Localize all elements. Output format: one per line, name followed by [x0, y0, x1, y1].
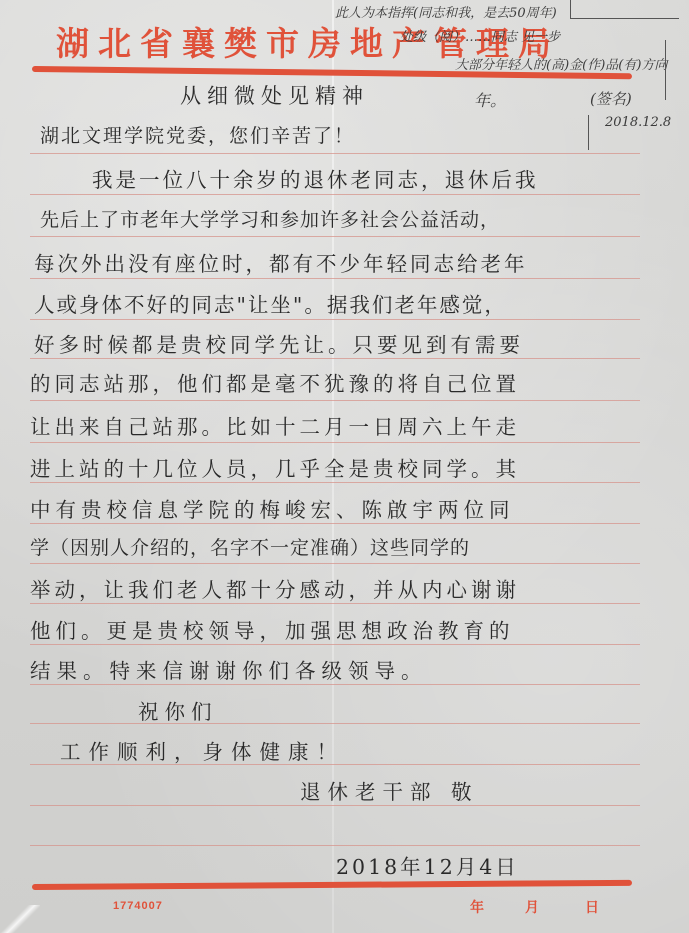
ruled-line — [30, 684, 640, 685]
ruled-line — [30, 358, 640, 359]
serial-number: 1774007 — [113, 900, 163, 912]
letter-body-line: 我是一位八十余岁的退休老同志，退休后我 — [92, 163, 539, 193]
margin-annotation-line-2: 处级（阅）……同志 见一步 — [400, 26, 560, 45]
annotation-boxed-note — [570, 0, 679, 19]
letter-salutation: 湖北文理学院党委，您们辛苦了！ — [40, 121, 355, 148]
letter-closing-line: 工作顺利，身体健康！ — [60, 735, 345, 765]
letter-body-line: 举动，让我们老人都十分感动，并从内心谢谢 — [30, 573, 520, 603]
ruled-line — [30, 236, 640, 237]
ruled-line — [30, 523, 640, 524]
letter-body-line: 中有贵校信息学院的梅峻宏、陈啟宇两位同 — [30, 493, 515, 523]
margin-annotation-line-3: 大部分年轻人的(高)金(作)品(有)方向 — [455, 54, 667, 73]
ruled-line — [30, 723, 640, 724]
letter-body-line: 先后上了市老年大学学习和参加许多社会公益活动， — [40, 205, 500, 232]
letter-body-line: 的同志站那，他们都是毫不犹豫的将自己位置 — [30, 367, 520, 397]
letter-body-line: 进上站的十几位人员，几乎全是贵校同学。其 — [30, 452, 520, 482]
light-glare — [0, 905, 40, 933]
ruled-line — [30, 153, 640, 154]
margin-annotation-stroke — [665, 40, 666, 100]
letter-closing-wish: 祝你们 — [138, 695, 218, 725]
printed-year-label: 年 — [470, 897, 484, 917]
letter-body-line: 结果。特来信谢谢你们各级领导。 — [30, 654, 428, 684]
margin-annotation-line-1: 此人为本指挥(同志和我，是去50周年) — [335, 2, 557, 21]
ruled-line — [30, 194, 640, 195]
printed-month-label: 月 — [525, 897, 539, 917]
letter-date: 2018年12月4日 — [336, 850, 519, 880]
margin-annotation-date: 2018.12.8 — [605, 115, 671, 130]
ruled-line — [30, 278, 640, 279]
ruled-line — [30, 442, 640, 443]
letter-body-line: 好多时候都是贵校同学先让。只要见到有需要 — [34, 328, 524, 358]
ruled-line — [30, 644, 640, 645]
letter-sign-off: 退休老干部 敬 — [300, 775, 479, 805]
ruled-line — [30, 845, 640, 846]
letter-body-line: 学（因别人介绍的，名字不一定准确）这些同学的 — [30, 533, 470, 560]
ruled-line — [30, 805, 640, 806]
printed-day-label: 日 — [585, 897, 599, 917]
letter-title: 从细微处见精神 — [180, 80, 369, 110]
letter-body-line: 让出来自己站那。比如十二月一日周六上午走 — [30, 410, 520, 440]
margin-annotation-stroke — [588, 115, 589, 150]
ruled-line — [30, 319, 640, 320]
ruled-line — [30, 400, 640, 401]
letter-paper: 湖北省襄樊市房地产管理局 此人为本指挥(同志和我，是去50周年) 处级（阅）……… — [0, 0, 689, 933]
ruled-line — [30, 563, 640, 564]
margin-annotation-signature: (签名) — [590, 88, 632, 109]
letter-body-line: 他们。更是贵校领导，加强思想政治教育的 — [30, 614, 515, 644]
letter-body-line: 每次外出没有座位时，都有不少年轻同志给老年 — [34, 247, 528, 277]
ruled-line — [30, 482, 640, 483]
letter-body-line: 人或身体不好的同志"让坐"。据我们老年感觉， — [34, 288, 507, 318]
margin-annotation-closing: 年。 — [474, 88, 506, 111]
ruled-line — [30, 603, 640, 604]
